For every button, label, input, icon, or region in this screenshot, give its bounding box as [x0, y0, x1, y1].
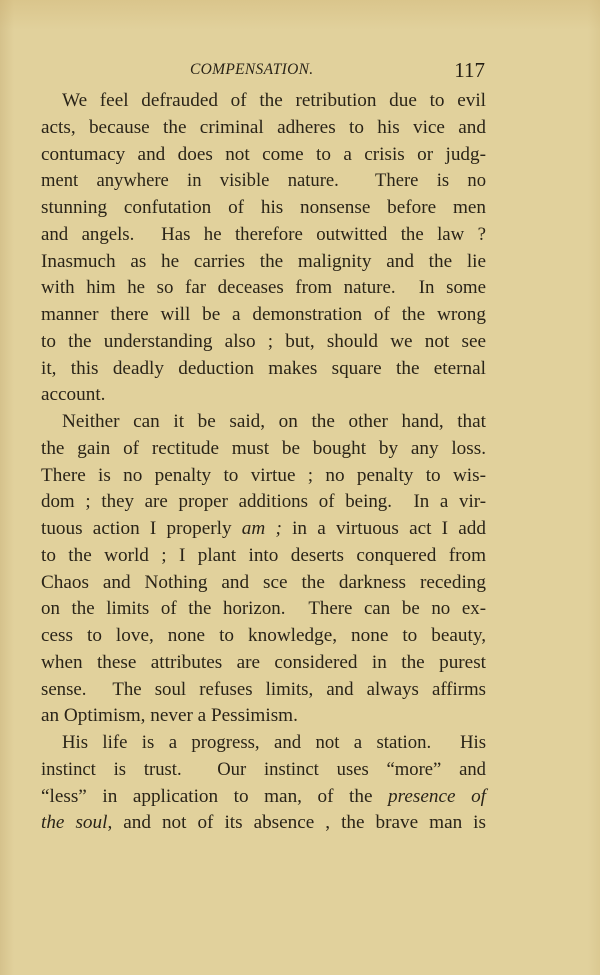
text-line: the soul, and not of its absence , the b…	[41, 810, 486, 837]
running-title: COMPENSATION.	[190, 61, 313, 79]
text-line: account.	[41, 382, 486, 409]
text-line: dom ; they are proper additions of being…	[41, 489, 486, 516]
text-line: We feel defrauded of the retribution due…	[41, 88, 486, 115]
text-line: when these attributes are considered in …	[41, 650, 486, 677]
text-line: Inasmuch as he carries the malignity and…	[41, 249, 486, 276]
text-line: and angels. Has he therefore outwitted t…	[41, 222, 486, 249]
italic-emphasis: am ;	[242, 518, 282, 539]
text-line: the gain of rectitude must be bought by …	[41, 436, 486, 463]
text-line: acts, because the criminal adheres to hi…	[41, 115, 486, 142]
text-line: “less” in application to man, of the pre…	[41, 784, 486, 811]
body-text: We feel defrauded of the retribution due…	[41, 88, 486, 837]
text-line: Neither can it be said, on the other han…	[41, 409, 486, 436]
text-line: an Optimism, never a Pessimism.	[41, 703, 486, 730]
text-line: on the limits of the horizon. There can …	[41, 596, 486, 623]
text-line: contumacy and does not come to a crisis …	[41, 142, 486, 169]
book-page: COMPENSATION. 117 We feel defrauded of t…	[0, 0, 600, 975]
text-line: to the understanding also ; but, should …	[41, 329, 486, 356]
text-line: instinct is trust. Our instinct uses “mo…	[41, 757, 486, 784]
text-line: Chaos and Nothing and sce the darkness r…	[41, 570, 486, 597]
running-head: COMPENSATION. 117	[41, 61, 485, 87]
italic-emphasis: presence of	[388, 786, 486, 807]
text-line: cess to love, none to knowledge, none to…	[41, 623, 486, 650]
text-line: it, this deadly deduction makes square t…	[41, 356, 486, 383]
text-line: with him he so far deceases from nature.…	[41, 275, 486, 302]
text-line: tuous action I properly am ; in a virtuo…	[41, 516, 486, 543]
text-line: There is no penalty to virtue ; no penal…	[41, 463, 486, 490]
text-line: manner there will be a demonstration of …	[41, 302, 486, 329]
text-line: His life is a progress, and not a statio…	[41, 730, 486, 757]
text-line: sense. The soul refuses limits, and alwa…	[41, 677, 486, 704]
page-number: 117	[454, 58, 485, 83]
italic-emphasis: the soul	[41, 812, 107, 833]
text-line: to the world ; I plant into deserts conq…	[41, 543, 486, 570]
text-line: ment anywhere in visible nature. There i…	[41, 168, 486, 195]
text-line: stunning confutation of his nonsense bef…	[41, 195, 486, 222]
